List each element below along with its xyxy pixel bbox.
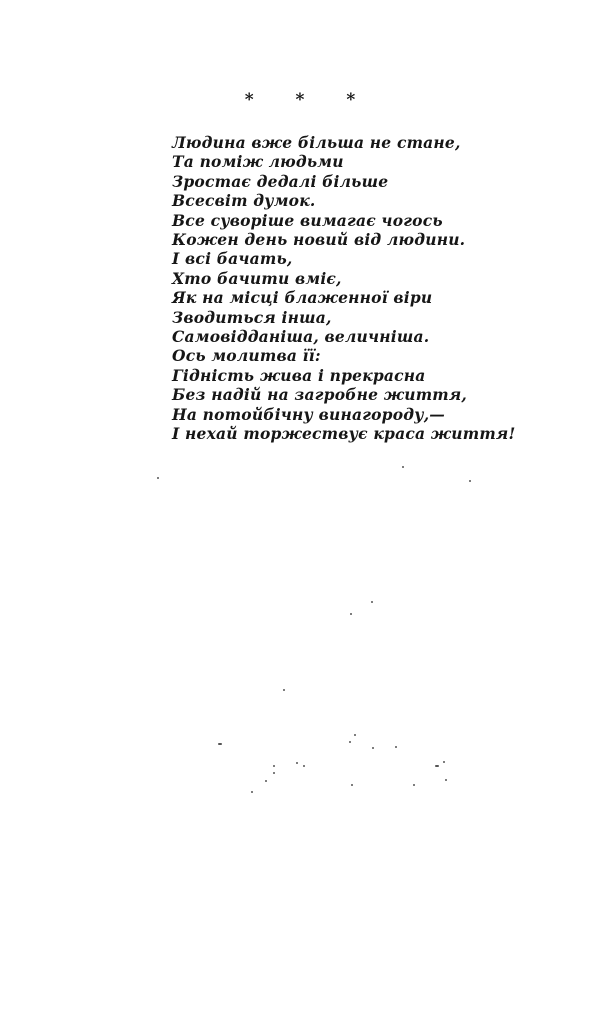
poem-line: Гідність жива і прекрасна [172, 366, 515, 385]
scan-speck [413, 784, 415, 786]
poem-line: Як на місці блаженної віри [172, 288, 515, 307]
scan-speck [445, 779, 447, 781]
scan-speck [435, 765, 439, 767]
scan-speck [469, 480, 471, 482]
poem-line: Все суворіше вимагає чогось [172, 211, 515, 230]
scan-speck [372, 747, 374, 749]
scan-speck [218, 743, 222, 745]
scan-speck [443, 761, 445, 763]
poem-line: Зростає дедалі більше [172, 172, 515, 191]
poem-line: На потойбічну винагороду,— [172, 405, 515, 424]
scan-speck [273, 772, 275, 774]
section-separator: * * * [0, 90, 600, 110]
poem-line: І всі бачать, [172, 249, 515, 268]
poem-line: Без надій на загробне життя, [172, 385, 515, 404]
scan-speck [265, 780, 267, 782]
scan-speck [273, 765, 275, 767]
poem-line: Хто бачити вміє, [172, 269, 515, 288]
scan-speck [350, 613, 352, 615]
scan-speck [351, 784, 353, 786]
document-page: * * * Людина вже більша не стане, Та пом… [0, 0, 600, 1015]
scan-speck [354, 734, 356, 736]
scan-speck [402, 466, 404, 468]
poem-line: Та поміж людьми [172, 152, 515, 171]
scan-speck [251, 791, 253, 793]
scan-speck [395, 746, 397, 748]
poem-line: Ось молитва її: [172, 346, 515, 365]
poem-line: І нехай торжествує краса життя! [172, 424, 515, 443]
poem-line: Людина вже більша не стане, [172, 133, 515, 152]
scan-speck [157, 477, 159, 479]
poem-line: Самовідданіша, величніша. [172, 327, 515, 346]
scan-speck [303, 765, 305, 767]
poem-line: Всесвіт думок. [172, 191, 515, 210]
scan-speck [349, 741, 351, 743]
scan-speck [371, 601, 373, 603]
poem-line: Кожен день новий від людини. [172, 230, 515, 249]
scan-speck [283, 689, 285, 691]
poem-line: Зводиться інша, [172, 308, 515, 327]
poem-body: Людина вже більша не стане, Та поміж люд… [172, 133, 515, 444]
scan-speck [296, 762, 298, 764]
